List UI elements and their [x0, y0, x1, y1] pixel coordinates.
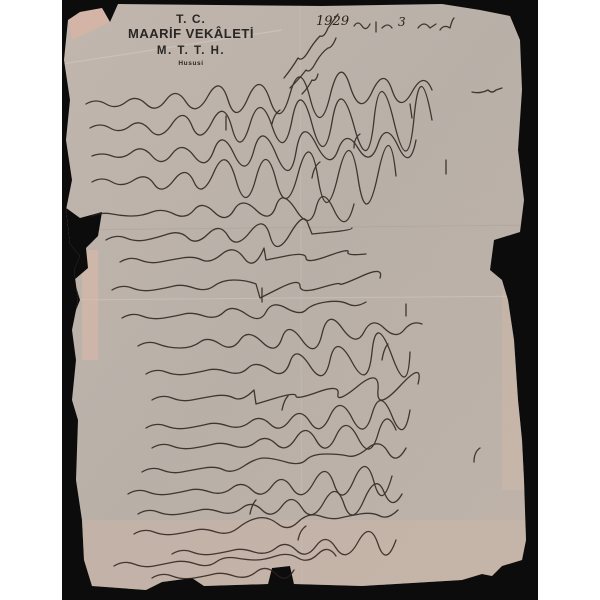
- handwritten-text: [62, 0, 538, 600]
- document-photo-background: T. C. MAARİF VEKÂLETİ M. T. T. H. Hususi…: [62, 0, 538, 600]
